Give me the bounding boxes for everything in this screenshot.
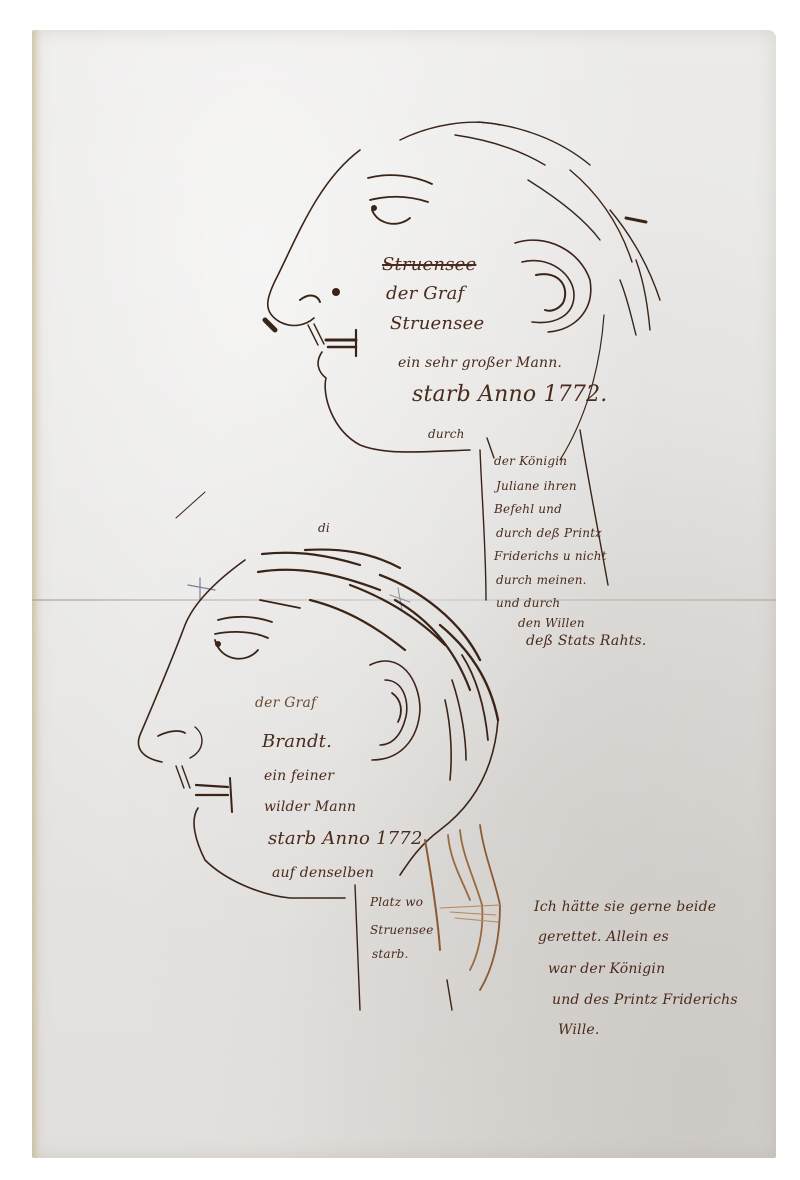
lower-text-line-6: auf denselben — [272, 866, 374, 880]
upper-neck-line-8: den Willen — [518, 617, 585, 629]
upper-neck-line-7: und durch — [496, 597, 560, 609]
upper-text-line-5: durch — [428, 428, 465, 440]
note-line-4: und des Printz Friderichs — [552, 993, 738, 1007]
struck-name-struensee: Struensee — [382, 256, 476, 274]
lower-text-line-3: ein feiner — [264, 769, 334, 783]
upper-neck-line-6: durch meinen. — [496, 574, 587, 586]
lower-text-line-4: wilder Mann — [264, 800, 356, 814]
note-line-1: Ich hätte sie gerne beide — [534, 900, 716, 914]
lower-neck-line-2: Struensee — [370, 924, 434, 936]
lower-text-line-2: Brandt. — [262, 733, 332, 751]
upper-neck-line-5: Friderichs u nicht — [494, 550, 607, 562]
upper-text-line-3: ein sehr großer Mann. — [398, 356, 562, 370]
manuscript-page: Struensee der Graf Struensee ein sehr gr… — [0, 0, 800, 1180]
upper-text-line-4: starb Anno 1772. — [412, 384, 608, 406]
stray-pen-stroke — [176, 492, 205, 518]
note-line-3: war der Königin — [548, 962, 665, 976]
note-line-5: Wille. — [558, 1023, 600, 1037]
upper-text-line-2: Struensee — [390, 315, 484, 333]
lower-neck-line-1: Platz wo — [370, 896, 423, 908]
lower-neck-line-3: starb. — [372, 948, 409, 960]
note-line-2: gerettet. Allein es — [538, 930, 669, 944]
upper-neck-line-9: deß Stats Rahts. — [526, 634, 647, 648]
lower-text-line-1: der Graf — [255, 696, 316, 710]
upper-neck-line-2: Juliane ihren — [496, 480, 577, 492]
small-mark-di: di — [318, 522, 330, 534]
upper-neck-line-1: der Königin — [494, 455, 567, 467]
upper-neck-line-3: Befehl und — [494, 503, 562, 515]
upper-text-line-1: der Graf — [386, 285, 464, 303]
upper-neck-line-4: durch deß Printz — [496, 527, 602, 539]
lower-text-line-5: starb Anno 1772 — [268, 830, 423, 848]
